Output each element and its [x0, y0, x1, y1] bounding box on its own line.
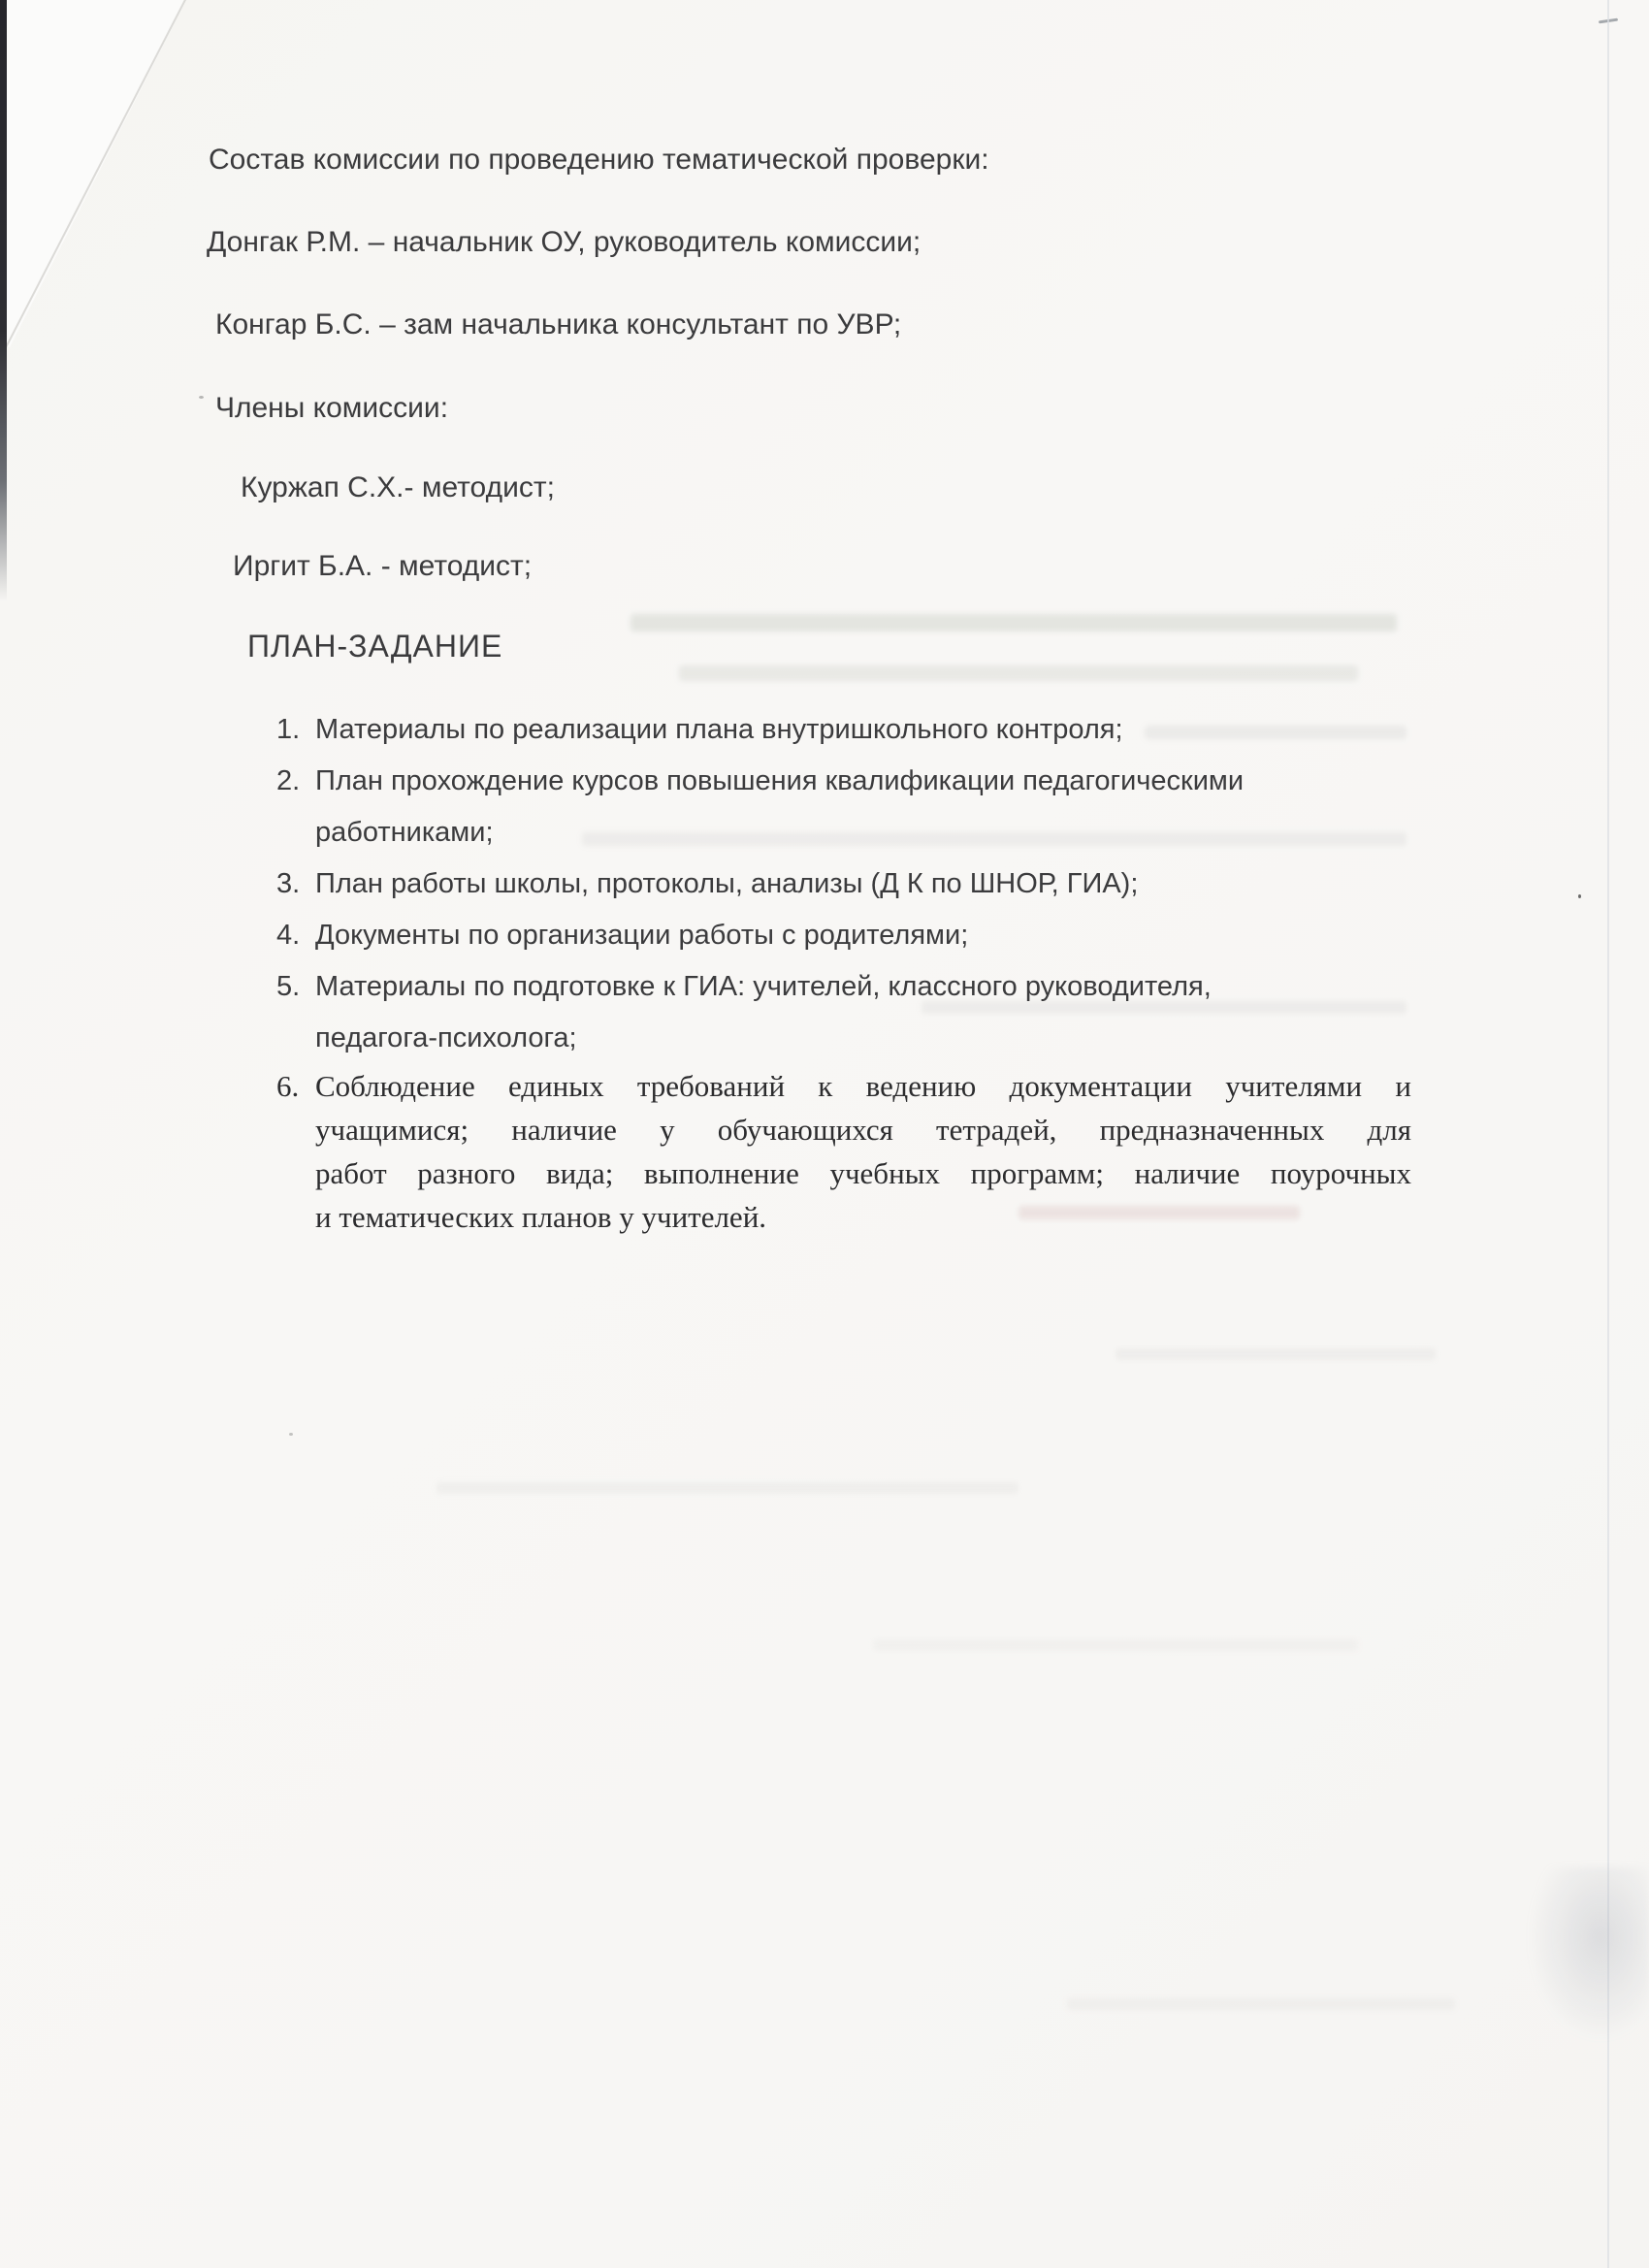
- plan-task-heading: ПЛАН-ЗАДАНИЕ: [247, 629, 502, 664]
- bleed-through-artifact: [1067, 1998, 1455, 2010]
- plan-item: План работы школы, протоколы, анализы (Д…: [275, 859, 1411, 910]
- commission-member-line: Куржап С.Х.- методист;: [241, 471, 555, 504]
- dust-speck: [199, 396, 204, 399]
- bleed-through-artifact: [1115, 1348, 1436, 1360]
- bleed-through-artifact: [873, 1639, 1358, 1651]
- plan-task-list: Материалы по реализации плана внутришкол…: [275, 704, 1411, 1239]
- commission-member-line: Конгар Б.С. – зам начальника консультант…: [215, 308, 901, 341]
- plan-item: Материалы по подготовке к ГИА: учителей,…: [275, 961, 1411, 1064]
- bleed-through-artifact: [679, 665, 1358, 681]
- dust-speck: [1578, 894, 1581, 898]
- plan-item: Документы по организации работы с родите…: [275, 910, 1411, 961]
- commission-member-line: Иргит Б.А. - методист;: [233, 550, 532, 583]
- smudge-artifact: [1528, 1867, 1649, 2042]
- dust-speck: [289, 1433, 293, 1436]
- plan-item: План прохождение курсов повышения квалиф…: [275, 756, 1411, 859]
- bleed-through-artifact: [436, 1482, 1018, 1494]
- bleed-through-artifact: [630, 614, 1397, 632]
- plan-item: Материалы по реализации плана внутришкол…: [275, 704, 1411, 756]
- scan-edge-shadow: [0, 0, 7, 601]
- commission-member-line: Донгак Р.М. – начальник ОУ, руководитель…: [207, 226, 921, 259]
- commission-members-label: Члены комиссии:: [215, 392, 448, 425]
- commission-heading: Состав комиссии по проведению тематическ…: [209, 144, 989, 177]
- plan-item: Соблюдение единых требований к ведению д…: [275, 1064, 1411, 1239]
